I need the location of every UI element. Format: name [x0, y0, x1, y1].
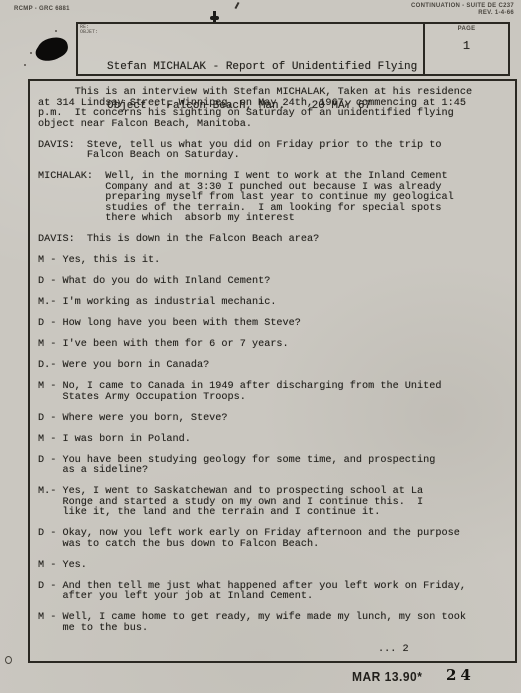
dialogue-d: D - Where were you born, Steve?: [38, 414, 511, 425]
form-continuation-header: CONTINUATION - SUITE DE C237 REV. 1-4-66: [411, 3, 514, 17]
page-cell: PAGE 1: [423, 24, 508, 74]
dialogue-davis: DAVIS: Steve, tell us what you did on Fr…: [38, 141, 511, 162]
pen-mark: [213, 11, 216, 22]
dialogue-michalak: MICHALAK: Well, in the morning I went to…: [38, 172, 511, 225]
dialogue-m: M.- Yes, I went to Saskatchewan and to p…: [38, 487, 511, 519]
dialogue-d: D.- Were you born in Canada?: [38, 361, 511, 372]
dialogue-d: D - How long have you been with them Ste…: [38, 319, 511, 330]
objet-label: OBJET:: [80, 30, 98, 35]
ink-speck: [24, 64, 26, 66]
transcript-text: This is an interview with Stefan MICHALA…: [38, 88, 511, 655]
dialogue-d: D - What do you do with Inland Cement?: [38, 277, 511, 288]
dialogue-d: D - Okay, now you left work early on Fri…: [38, 529, 511, 550]
form-number: RCMP - GRC 6881: [14, 6, 70, 12]
page-number: 1: [425, 39, 508, 53]
corner-circle-mark: [5, 656, 12, 664]
dialogue-m: M.- I'm working as industrial mechanic.: [38, 298, 511, 309]
dialogue-m: M - No, I came to Canada in 1949 after d…: [38, 382, 511, 403]
continuation-label: CONTINUATION - SUITE DE C237: [411, 3, 514, 10]
page-label: PAGE: [425, 26, 508, 32]
pen-tick-mark: [234, 2, 239, 9]
ink-blob: [35, 35, 69, 61]
dialogue-davis: DAVIS: This is down in the Falcon Beach …: [38, 235, 511, 246]
dialogue-m: M - I was born in Poland.: [38, 435, 511, 446]
dialogue-m: M - Yes.: [38, 561, 511, 572]
dialogue-m: M - I've been with them for 6 or 7 years…: [38, 340, 511, 351]
dialogue-d: D - And then tell me just what happened …: [38, 582, 511, 603]
date-stamp: MAR 13.90*: [352, 670, 422, 685]
subject-header-box: RE: OBJET: Stefan MICHALAK - Report of U…: [76, 22, 510, 76]
sheet-number: 24: [446, 666, 475, 684]
ink-speck: [30, 52, 32, 54]
continuation-page-marker: ... 2: [378, 645, 511, 656]
revision-label: REV. 1-4-66: [411, 10, 514, 17]
intro-paragraph: This is an interview with Stefan MICHALA…: [38, 88, 511, 130]
transcript-box: This is an interview with Stefan MICHALA…: [28, 79, 517, 663]
ink-speck: [55, 30, 57, 32]
dialogue-d: D - You have been studying geology for s…: [38, 456, 511, 477]
subject-line-1: Stefan MICHALAK - Report of Unidentified…: [107, 61, 417, 74]
dialogue-m: M - Yes, this is it.: [38, 256, 511, 267]
dialogue-m: M - Well, I came home to get ready, my w…: [38, 613, 511, 634]
document-page: RCMP - GRC 6881 CONTINUATION - SUITE DE …: [0, 0, 521, 693]
re-objet-label: RE: OBJET:: [80, 25, 98, 35]
